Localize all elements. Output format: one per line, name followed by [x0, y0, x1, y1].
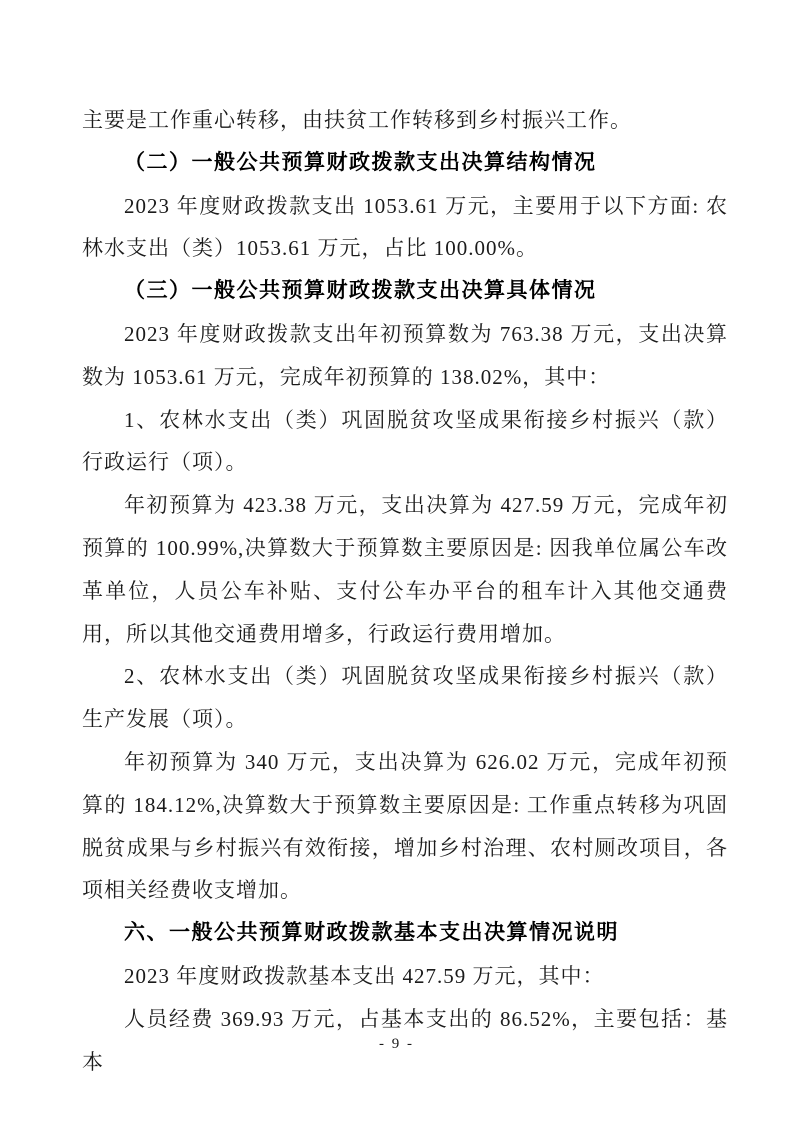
document-page: 主要是工作重心转移，由扶贫工作转移到乡村振兴工作。 （二）一般公共预算财政拨款支…	[0, 0, 793, 1122]
paragraph: 2023 年度财政拨款基本支出 427.59 万元，其中：	[82, 955, 728, 998]
paragraph: 1、农林水支出（类）巩固脱贫攻坚成果衔接乡村振兴（款）行政运行（项）。	[82, 399, 728, 485]
paragraph: 主要是工作重心转移，由扶贫工作转移到乡村振兴工作。	[82, 99, 728, 142]
page-number: - 9 -	[379, 1036, 414, 1052]
paragraph: 2023 年度财政拨款支出 1053.61 万元，主要用于以下方面: 农林水支出…	[82, 185, 728, 271]
section-heading: 六、一般公共预算财政拨款基本支出决算情况说明	[82, 912, 728, 955]
paragraph: 年初预算为 340 万元，支出决算为 626.02 万元，完成年初预算的 184…	[82, 741, 728, 912]
section-heading: （三）一般公共预算财政拨款支出决算具体情况	[82, 270, 728, 313]
paragraph: 2023 年度财政拨款支出年初预算数为 763.38 万元，支出决算数为 105…	[82, 313, 728, 399]
page-footer: - 9 -	[0, 1036, 793, 1053]
paragraph: 年初预算为 423.38 万元，支出决算为 427.59 万元，完成年初预算的 …	[82, 484, 728, 655]
paragraph: 2、农林水支出（类）巩固脱贫攻坚成果衔接乡村振兴（款）生产发展（项）。	[82, 655, 728, 741]
section-heading: （二）一般公共预算财政拨款支出决算结构情况	[82, 142, 728, 185]
document-body: 主要是工作重心转移，由扶贫工作转移到乡村振兴工作。 （二）一般公共预算财政拨款支…	[82, 99, 728, 1083]
